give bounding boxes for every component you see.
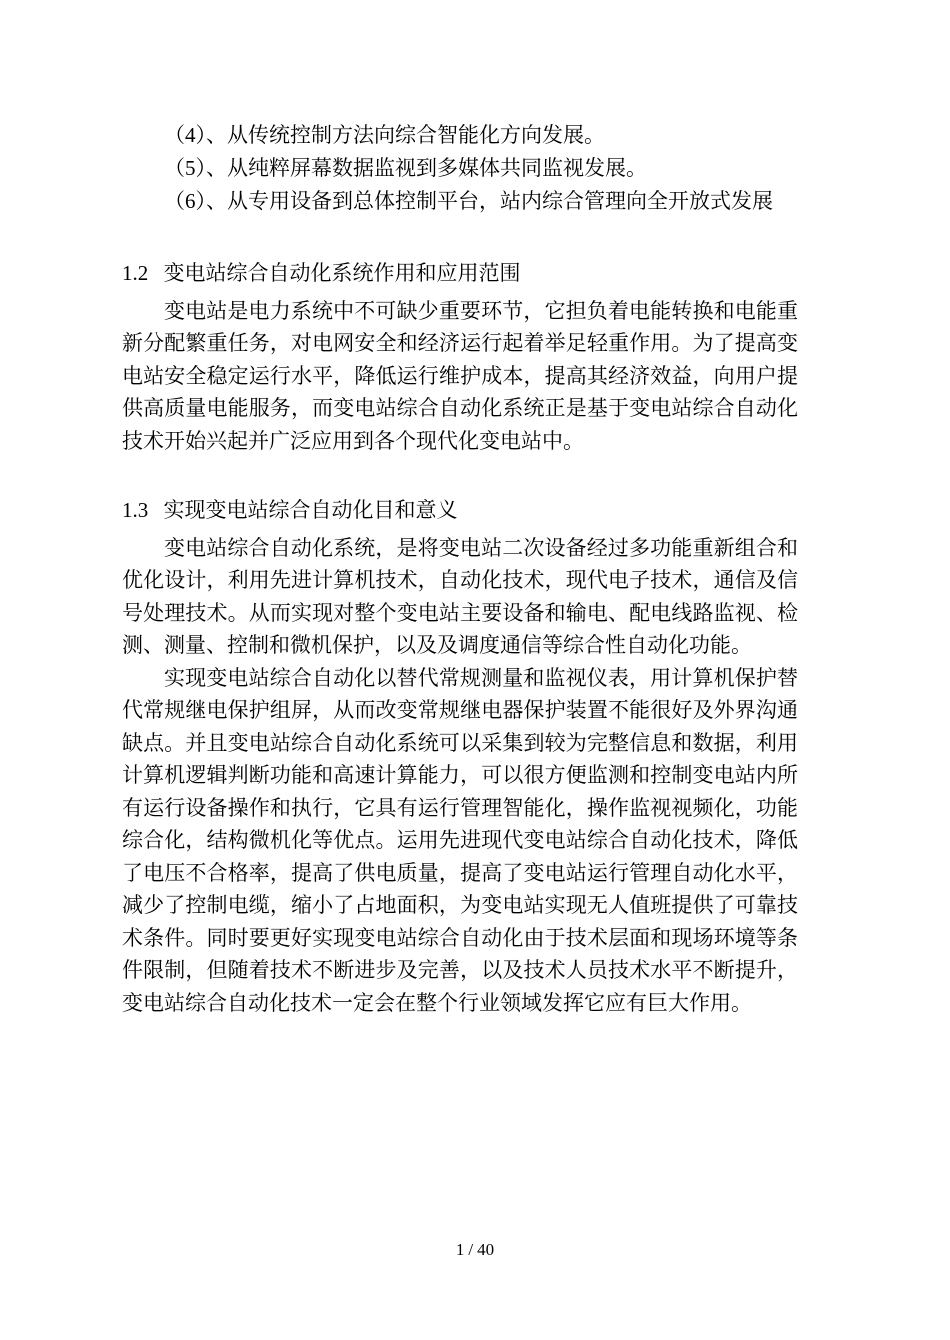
current-page-number: 1 — [456, 1240, 465, 1259]
section-title: 实现变电站综合自动化目和意义 — [164, 498, 458, 522]
paragraph: 变电站是电力系统中不可缺少重要环节，它担负着电能转换和电能重新分配繁重任务，对电… — [122, 295, 798, 458]
list-item-6: （6）、从专用设备到总体控制平台，站内综合管理向全开放式发展 — [122, 185, 798, 218]
list-item-5: （5）、从纯粹屏幕数据监视到多媒体共同监视发展。 — [122, 152, 798, 185]
section-number: 1.3 — [122, 494, 148, 527]
document-page: （4）、从传统控制方法向综合智能化方向发展。 （5）、从纯粹屏幕数据监视到多媒体… — [0, 0, 950, 1340]
total-pages: 40 — [477, 1240, 494, 1259]
page-footer: 1/40 — [0, 1240, 950, 1260]
paragraph: 实现变电站综合自动化以替代常规测量和监视仪表，用计算机保护替代常规继电保护组屏，… — [122, 662, 798, 1020]
section-heading-1-2: 1.2 变电站综合自动化系统作用和应用范围 — [122, 257, 798, 290]
section-number: 1.2 — [122, 257, 148, 290]
section-title: 变电站综合自动化系统作用和应用范围 — [164, 261, 521, 285]
page-separator: / — [468, 1240, 473, 1259]
paragraph: 变电站综合自动化系统，是将变电站二次设备经过多功能重新组合和优化设计，利用先进计… — [122, 532, 798, 662]
document-body: （4）、从传统控制方法向综合智能化方向发展。 （5）、从纯粹屏幕数据监视到多媒体… — [122, 119, 798, 1019]
list-item-4: （4）、从传统控制方法向综合智能化方向发展。 — [122, 119, 798, 152]
section-heading-1-3: 1.3 实现变电站综合自动化目和意义 — [122, 494, 798, 527]
